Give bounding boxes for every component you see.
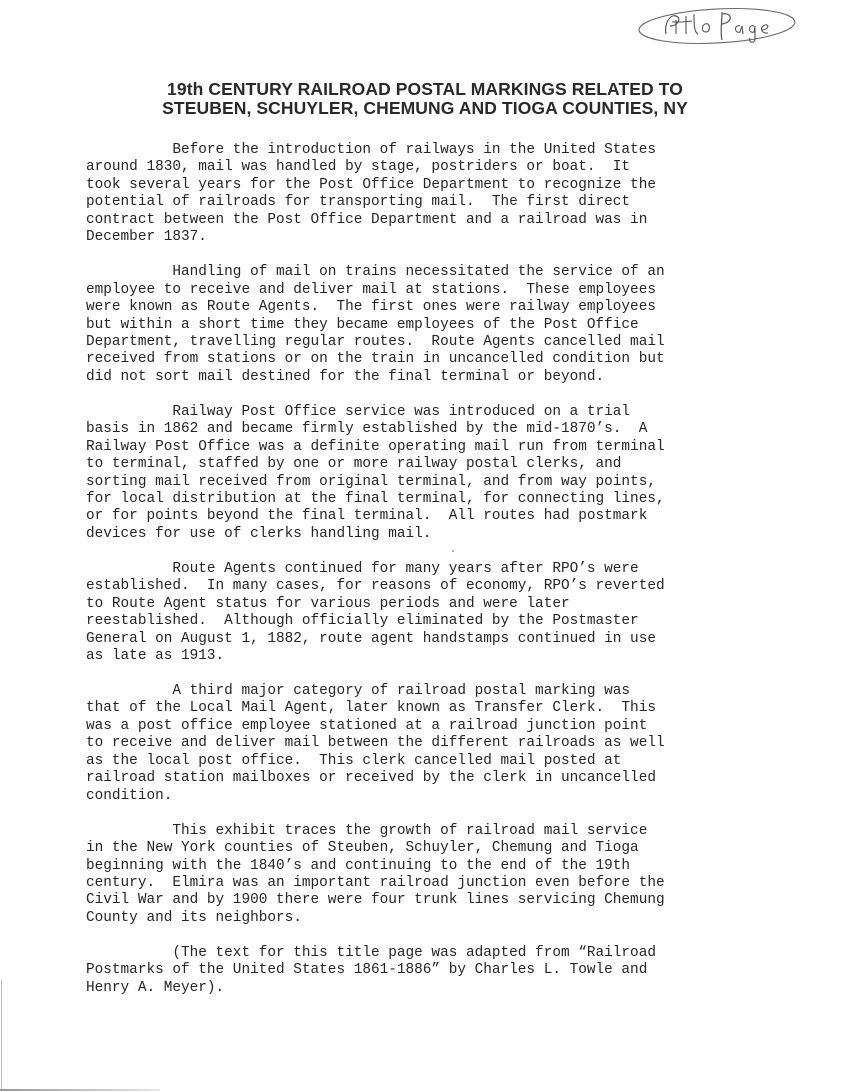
text-line: potential of railroads for transporting … xyxy=(86,194,786,211)
text-line: that of the Local Mail Agent, later know… xyxy=(86,700,786,717)
text-line: A third major category of railroad posta… xyxy=(86,683,786,700)
scan-edge-bottom xyxy=(0,1089,160,1091)
text-line: Route Agents continued for many years af… xyxy=(86,561,786,578)
text-line: to Route Agent status for various period… xyxy=(86,596,786,613)
text-line: Henry A. Meyer). xyxy=(86,980,786,997)
handwritten-annotation xyxy=(636,4,798,48)
text-line: railroad station mailboxes or received b… xyxy=(86,770,786,787)
text-line: or for points beyond the final terminal.… xyxy=(86,508,786,525)
text-line: Before the introduction of railways in t… xyxy=(86,142,786,159)
text-line: Handling of mail on trains necessitated … xyxy=(86,264,786,281)
paragraph-railway-post-office: Railway Post Office service was introduc… xyxy=(86,404,786,544)
text-line: was a post office employee stationed at … xyxy=(86,718,786,735)
body-text: Before the introduction of railways in t… xyxy=(86,142,786,1015)
text-line: did not sort mail destined for the final… xyxy=(86,369,786,386)
text-line: Railway Post Office service was introduc… xyxy=(86,404,786,421)
text-line: century. Elmira was an important railroa… xyxy=(86,875,786,892)
text-line: reestablished. Although officially elimi… xyxy=(86,613,786,630)
document-page: 19th CENTURY RAILROAD POSTAL MARKINGS RE… xyxy=(0,0,850,1092)
paragraph-local-mail-agent: A third major category of railroad posta… xyxy=(86,683,786,805)
text-line: (The text for this title page was adapte… xyxy=(86,945,786,962)
text-line: Postmarks of the United States 1861-1886… xyxy=(86,962,786,979)
text-line: received from stations or on the train i… xyxy=(86,351,786,368)
text-line: contract between the Post Office Departm… xyxy=(86,212,786,229)
text-line: Civil War and by 1900 there were four tr… xyxy=(86,892,786,909)
text-line: as the local post office. This clerk can… xyxy=(86,753,786,770)
text-line: were known as Route Agents. The first on… xyxy=(86,299,786,316)
title-line-1: 19th CENTURY RAILROAD POSTAL MARKINGS RE… xyxy=(0,80,850,99)
text-line: established. In many cases, for reasons … xyxy=(86,578,786,595)
text-line: took several years for the Post Office D… xyxy=(86,177,786,194)
text-line: Department, travelling regular routes. R… xyxy=(86,334,786,351)
paragraph-source-note: (The text for this title page was adapte… xyxy=(86,945,786,997)
paragraph-intro: Before the introduction of railways in t… xyxy=(86,142,786,247)
text-line: but within a short time they became empl… xyxy=(86,317,786,334)
text-line: devices for use of clerks handling mail. xyxy=(86,526,786,543)
text-line: General on August 1, 1882, route agent h… xyxy=(86,631,786,648)
text-line: This exhibit traces the growth of railro… xyxy=(86,823,786,840)
text-line: employee to receive and deliver mail at … xyxy=(86,282,786,299)
text-line: to terminal, staffed by one or more rail… xyxy=(86,456,786,473)
text-line: around 1830, mail was handled by stage, … xyxy=(86,159,786,176)
text-line: to receive and deliver mail between the … xyxy=(86,735,786,752)
scan-speck xyxy=(452,550,454,552)
text-line: in the New York counties of Steuben, Sch… xyxy=(86,840,786,857)
scan-edge-left xyxy=(1,980,2,1090)
page-title: 19th CENTURY RAILROAD POSTAL MARKINGS RE… xyxy=(0,80,850,118)
handwritten-oval-annotation-icon xyxy=(636,4,798,48)
title-line-2: STEUBEN, SCHUYLER, CHEMUNG AND TIOGA COU… xyxy=(0,99,850,118)
text-line: December 1837. xyxy=(86,229,786,246)
text-line: condition. xyxy=(86,788,786,805)
text-line: sorting mail received from original term… xyxy=(86,474,786,491)
paragraph-route-agents: Handling of mail on trains necessitated … xyxy=(86,264,786,386)
paragraph-exhibit: This exhibit traces the growth of railro… xyxy=(86,823,786,928)
text-line: as late as 1913. xyxy=(86,648,786,665)
text-line: County and its neighbors. xyxy=(86,910,786,927)
text-line: basis in 1862 and became firmly establis… xyxy=(86,421,786,438)
paragraph-route-agents-continued: Route Agents continued for many years af… xyxy=(86,561,786,666)
text-line: Railway Post Office was a definite opera… xyxy=(86,439,786,456)
text-line: for local distribution at the final term… xyxy=(86,491,786,508)
text-line: beginning with the 1840’s and continuing… xyxy=(86,858,786,875)
